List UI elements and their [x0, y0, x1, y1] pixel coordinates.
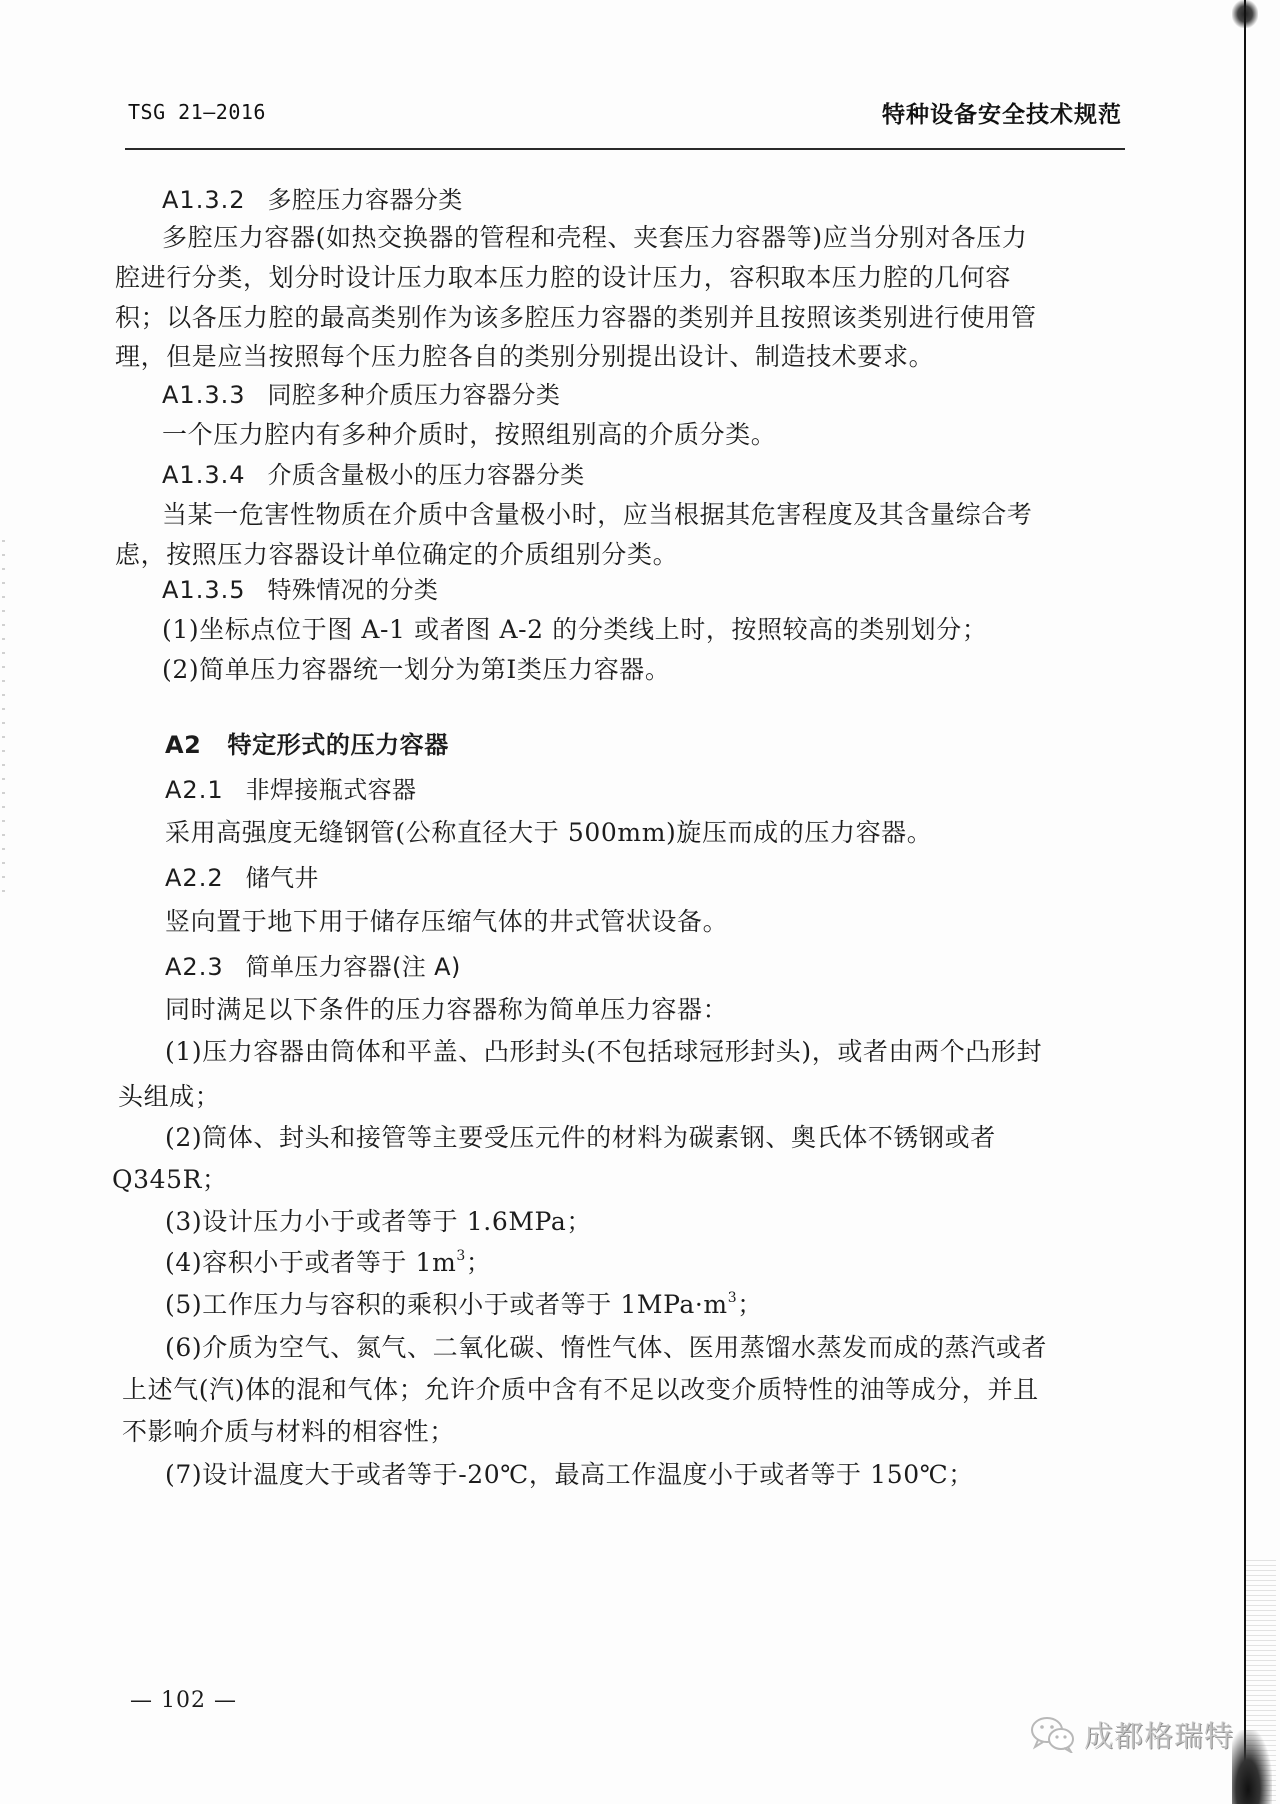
list-item-continuation: 上述气(汽)体的混和气体；允许介质中含有不足以改变介质特性的油等成分，并且: [122, 1373, 1039, 1407]
section-number: A1.3.2: [162, 183, 245, 217]
paragraph-line: 同时满足以下条件的压力容器称为简单压力容器：: [165, 993, 728, 1027]
section-number: A1.3.5: [162, 573, 245, 607]
list-item: (2)筒体、封头和接管等主要受压元件的材料为碳素钢、奥氏体不锈钢或者: [165, 1121, 996, 1155]
section-heading-a133: A1.3.3同腔多种介质压力容器分类: [162, 378, 560, 412]
list-item-text: (4)容积小于或者等于 1m: [165, 1248, 456, 1277]
section-heading-a23: A2.3简单压力容器(注 A): [165, 950, 461, 984]
section-number: A2.2: [165, 861, 224, 895]
section-title: 特定形式的压力容器: [227, 731, 448, 759]
section-title: 特殊情况的分类: [267, 576, 438, 604]
section-number: A1.3.3: [162, 378, 245, 412]
paragraph-line: 多腔压力容器(如热交换器的管程和壳程、夹套压力容器等)应当分别对各压力: [162, 221, 1028, 255]
section-number: A1.3.4: [162, 458, 245, 492]
list-item: (5)工作压力与容积的乘积小于或者等于 1MPa·m3；: [165, 1288, 763, 1322]
section-title: 同腔多种介质压力容器分类: [267, 381, 560, 409]
watermark-text: 成都格瑞特: [1084, 1714, 1234, 1755]
list-item-text: (5)工作压力与容积的乘积小于或者等于 1MPa·m: [165, 1290, 728, 1319]
section-heading-a21: A2.1非焊接瓶式容器: [165, 773, 416, 807]
section-title: 介质含量极小的压力容器分类: [267, 461, 584, 489]
list-item-continuation: Q345R；: [112, 1163, 228, 1197]
section-title: 储气井: [246, 864, 319, 892]
superscript: 3: [456, 1248, 466, 1264]
paragraph-line: 积；以各压力腔的最高类别作为该多腔压力容器的类别并且按照该类别进行使用管: [115, 301, 1037, 335]
paragraph-line: 竖向置于地下用于储存压缩气体的井式管状设备。: [165, 905, 728, 939]
section-heading-a134: A1.3.4介质含量极小的压力容器分类: [162, 458, 585, 492]
section-heading-a22: A2.2储气井: [165, 861, 319, 895]
watermark: 成都格瑞特: [1030, 1712, 1234, 1756]
doc-code: TSG 21—2016: [128, 100, 266, 124]
chapter-heading-a2: A2特定形式的压力容器: [165, 728, 449, 762]
list-item: (3)设计压力小于或者等于 1.6MPa；: [165, 1205, 592, 1239]
scan-left-marks: [2, 540, 5, 900]
list-item: (2)简单压力容器统一划分为第Ⅰ类压力容器。: [162, 653, 671, 687]
section-title: 多腔压力容器分类: [267, 186, 462, 214]
scan-artifact-bottom: [1232, 1730, 1272, 1804]
section-number: A2: [165, 728, 201, 762]
section-heading-a135: A1.3.5特殊情况的分类: [162, 573, 438, 607]
list-item-text: ；: [737, 1290, 763, 1319]
section-title: 简单压力容器(注 A): [246, 953, 461, 981]
paragraph-line: 腔进行分类，划分时设计压力取本压力腔的设计压力，容积取本压力腔的几何容: [115, 261, 1011, 295]
section-title: 非焊接瓶式容器: [246, 776, 417, 804]
paragraph-line: 理，但是应当按照每个压力腔各自的类别分别提出设计、制造技术要求。: [115, 340, 934, 374]
section-number: A2.3: [165, 950, 224, 984]
list-item: (6)介质为空气、氮气、二氧化碳、惰性气体、医用蒸馏水蒸发而成的蒸汽或者: [165, 1331, 1047, 1365]
wechat-icon: [1030, 1715, 1076, 1753]
page-number: — 102 —: [130, 1688, 237, 1713]
document-page: TSG 21—2016 特种设备安全技术规范 A1.3.2多腔压力容器分类 多腔…: [0, 0, 1280, 1804]
paragraph-line: 当某一危害性物质在介质中含量极小时，应当根据其危害程度及其含量综合考: [162, 498, 1032, 532]
header-rule: [125, 148, 1125, 150]
section-number: A2.1: [165, 773, 224, 807]
series-title: 特种设备安全技术规范: [882, 96, 1122, 129]
list-item: (7)设计温度大于或者等于-20℃，最高工作温度小于或者等于 150℃；: [165, 1458, 974, 1492]
paragraph-line: 采用高强度无缝钢管(公称直径大于 500mm)旋压而成的压力容器。: [165, 816, 932, 850]
list-item: (1)坐标点位于图 A-1 或者图 A-2 的分类线上时，按照较高的类别划分；: [162, 613, 987, 647]
section-heading-a132: A1.3.2多腔压力容器分类: [162, 183, 463, 217]
paragraph-line: 虑，按照压力容器设计单位确定的介质组别分类。: [115, 538, 678, 572]
list-item-continuation: 头组成；: [118, 1080, 220, 1114]
paragraph-line: 一个压力腔内有多种介质时，按照组别高的介质分类。: [162, 418, 776, 452]
list-item-continuation: 不影响介质与材料的相容性；: [122, 1415, 455, 1449]
scan-page-edge: [1244, 0, 1246, 1804]
list-item-text: ；: [466, 1248, 492, 1277]
superscript: 3: [728, 1290, 738, 1306]
list-item: (4)容积小于或者等于 1m3；: [165, 1246, 492, 1280]
list-item: (1)压力容器由筒体和平盖、凸形封头(不包括球冠形封头)，或者由两个凸形封: [165, 1035, 1042, 1069]
